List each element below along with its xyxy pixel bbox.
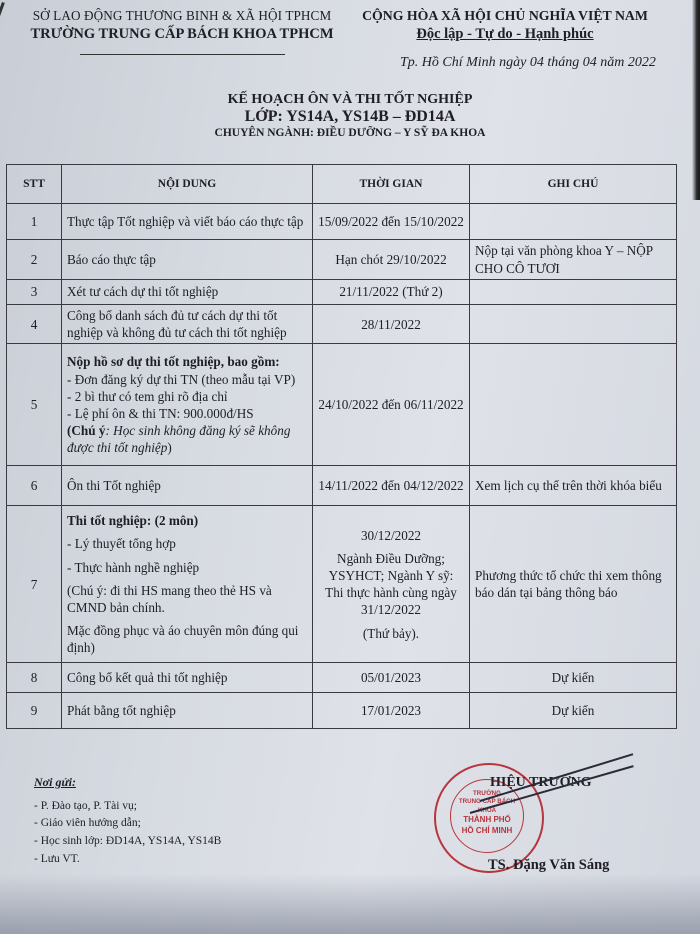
row-content: Phát bằng tốt nghiệp — [62, 693, 313, 729]
col-header-content: NỘI DUNG — [62, 165, 313, 204]
photo-bottom-shadow — [0, 874, 700, 934]
content-item: - Lý thuyết tổng hợp — [67, 535, 307, 552]
stamp-line: THÀNH PHỐ — [451, 815, 523, 826]
national-header: CỘNG HÒA XÃ HỘI CHỦ NGHĨA VIỆT NAM Độc l… — [360, 8, 650, 43]
col-header-note: GHI CHÚ — [470, 165, 677, 204]
row-content: Công bố kết quả thi tốt nghiệp — [62, 663, 313, 693]
time-line: 30/12/2022 — [318, 527, 464, 544]
place-date: Tp. Hồ Chí Minh ngày 04 tháng 04 năm 202… — [400, 55, 656, 71]
row-stt: 1 — [7, 204, 62, 240]
row-content: Ôn thi Tốt nghiệp — [62, 466, 313, 506]
ministry-name: SỞ LAO ĐỘNG THƯƠNG BINH & XÃ HỘI TPHCM — [22, 8, 342, 24]
col-header-time: THỜI GIAN — [313, 165, 470, 204]
row-note — [470, 204, 677, 240]
header-divider — [80, 54, 285, 55]
content-note: (Chú ý: Học sinh không đăng ký sẽ không … — [67, 422, 307, 456]
row-note — [470, 305, 677, 344]
row-stt: 6 — [7, 466, 62, 506]
table-row: 5 Nộp hồ sơ dự thi tốt nghiệp, bao gồm: … — [7, 344, 677, 466]
row-time: 30/12/2022 Ngành Điều Dưỡng; YSYHCT; Ngà… — [313, 506, 470, 663]
row-time: 24/10/2022 đến 06/11/2022 — [313, 344, 470, 466]
row-content: Thực tập Tốt nghiệp và viết báo cáo thực… — [62, 204, 313, 240]
table-row: 1 Thực tập Tốt nghiệp và viết báo cáo th… — [7, 204, 677, 240]
row-time: 17/01/2023 — [313, 693, 470, 729]
recipient-item: - P. Đào tạo, P. Tài vụ; — [34, 798, 221, 816]
table-row: 8 Công bố kết quả thi tốt nghiệp 05/01/2… — [7, 663, 677, 693]
table-row: 6 Ôn thi Tốt nghiệp 14/11/2022 đến 04/12… — [7, 466, 677, 506]
row-note: Dự kiến — [470, 663, 677, 693]
issuer-header: SỞ LAO ĐỘNG THƯƠNG BINH & XÃ HỘI TPHCM T… — [22, 8, 342, 55]
stamp-line: HỒ CHÍ MINH — [451, 826, 523, 837]
content-title: Thi tốt nghiệp: (2 môn) — [67, 512, 307, 529]
content-item: (Chú ý: đi thi HS mang theo thẻ HS và CM… — [67, 582, 307, 616]
row-stt: 2 — [7, 240, 62, 280]
content-item: - Lệ phí ôn & thi TN: 900.000đ/HS — [67, 405, 307, 422]
republic-name: CỘNG HÒA XÃ HỘI CHỦ NGHĨA VIỆT NAM — [360, 8, 650, 24]
row-stt: 4 — [7, 305, 62, 344]
row-note: Xem lịch cụ thể trên thời khóa biểu — [470, 466, 677, 506]
row-content: Báo cáo thực tập — [62, 240, 313, 280]
time-line: (Thứ bảy). — [318, 625, 464, 642]
row-stt: 3 — [7, 280, 62, 305]
table-row: 4 Công bố danh sách đủ tư cách dự thi tố… — [7, 305, 677, 344]
title-line-2: LỚP: YS14A, YS14B – ĐD14A — [150, 108, 550, 126]
row-content: Thi tốt nghiệp: (2 môn) - Lý thuyết tổng… — [62, 506, 313, 663]
row-time: 05/01/2023 — [313, 663, 470, 693]
row-note: Nộp tại văn phòng khoa Y – NỘP CHO CÔ TƯ… — [470, 240, 677, 280]
row-stt: 5 — [7, 344, 62, 466]
row-stt: 8 — [7, 663, 62, 693]
content-item: - 2 bì thư có tem ghi rõ địa chỉ — [67, 388, 307, 405]
table-row: 2 Báo cáo thực tập Hạn chót 29/10/2022 N… — [7, 240, 677, 280]
note-label: (Chú ý — [67, 423, 105, 438]
row-note — [470, 280, 677, 305]
row-note: Phương thức tổ chức thi xem thông báo dá… — [470, 506, 677, 663]
recipient-item: - Giáo viên hướng dẫn; — [34, 815, 221, 833]
table-row: 3 Xét tư cách dự thi tốt nghiệp 21/11/20… — [7, 280, 677, 305]
school-name: TRƯỜNG TRUNG CẤP BÁCH KHOA TPHCM — [22, 26, 342, 43]
table-row: 7 Thi tốt nghiệp: (2 môn) - Lý thuyết tổ… — [7, 506, 677, 663]
row-time: 14/11/2022 đến 04/12/2022 — [313, 466, 470, 506]
corner-mark — [0, 2, 5, 27]
content-item: - Đơn đăng ký dự thi TN (theo mẫu tại VP… — [67, 371, 307, 388]
recipient-item: - Học sinh lớp: ĐD14A, YS14A, YS14B — [34, 833, 221, 851]
document-title: KẾ HOẠCH ÔN VÀ THI TỐT NGHIỆP LỚP: YS14A… — [150, 92, 550, 139]
table-header-row: STT NỘI DUNG THỜI GIAN GHI CHÚ — [7, 165, 677, 204]
row-time: Hạn chót 29/10/2022 — [313, 240, 470, 280]
time-line: Ngành Điều Dưỡng; YSYHCT; Ngành Y sỹ: Th… — [318, 550, 464, 619]
row-content: Nộp hồ sơ dự thi tốt nghiệp, bao gồm: - … — [62, 344, 313, 466]
table-row: 9 Phát bằng tốt nghiệp 17/01/2023 Dự kiế… — [7, 693, 677, 729]
row-stt: 7 — [7, 506, 62, 663]
row-time: 15/09/2022 đến 15/10/2022 — [313, 204, 470, 240]
content-item: Mặc đồng phục và áo chuyên môn đúng qui … — [67, 622, 307, 656]
content-title: Nộp hồ sơ dự thi tốt nghiệp, bao gồm: — [67, 353, 307, 370]
photo-edge-shadow — [692, 0, 700, 200]
title-line-3: CHUYÊN NGÀNH: ĐIỀU DƯỠNG – Y SỸ ĐA KHOA — [150, 127, 550, 139]
row-note: Dự kiến — [470, 693, 677, 729]
recipients-list: Nơi gửi: - P. Đào tạo, P. Tài vụ; - Giáo… — [34, 773, 221, 869]
col-header-stt: STT — [7, 165, 62, 204]
row-content: Công bố danh sách đủ tư cách dự thi tốt … — [62, 305, 313, 344]
national-motto: Độc lập - Tự do - Hạnh phúc — [360, 26, 650, 43]
exam-plan-table: STT NỘI DUNG THỜI GIAN GHI CHÚ 1 Thực tậ… — [6, 164, 677, 729]
row-time: 28/11/2022 — [313, 305, 470, 344]
recipient-item: - Lưu VT. — [34, 851, 221, 869]
title-line-1: KẾ HOẠCH ÔN VÀ THI TỐT NGHIỆP — [150, 92, 550, 108]
row-content: Xét tư cách dự thi tốt nghiệp — [62, 280, 313, 305]
content-item: - Thực hành nghề nghiệp — [67, 559, 307, 576]
row-time: 21/11/2022 (Thứ 2) — [313, 280, 470, 305]
note-close: ) — [167, 440, 171, 455]
recipients-heading: Nơi gửi: — [34, 773, 221, 792]
row-note — [470, 344, 677, 466]
signer-name: TS. Đặng Văn Sáng — [488, 857, 609, 874]
row-stt: 9 — [7, 693, 62, 729]
